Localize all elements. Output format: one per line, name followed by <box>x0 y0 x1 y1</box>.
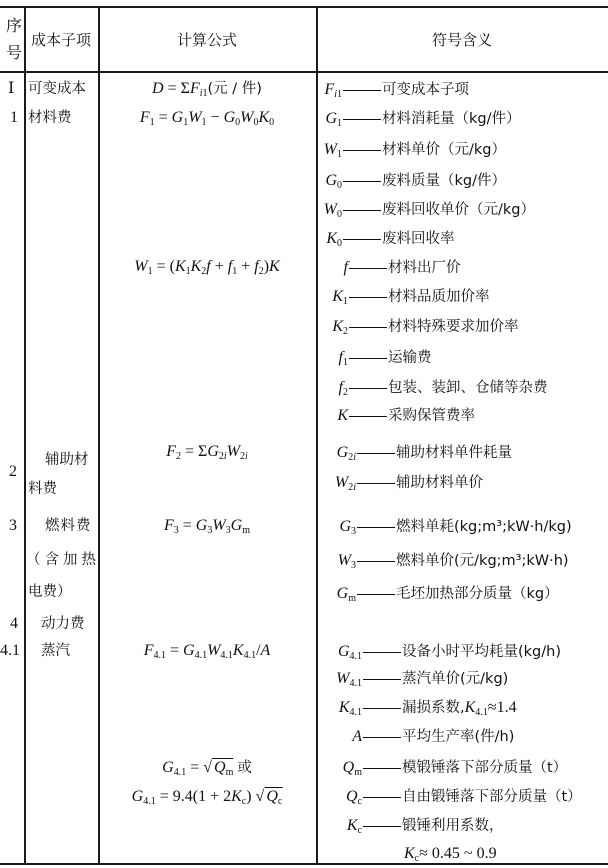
cost-item-fuel-1: 燃料费 <box>45 516 92 536</box>
table-top-rule <box>0 6 608 8</box>
symbol-K: K采购保管费率 <box>318 405 475 426</box>
column-divider-index <box>24 7 26 864</box>
symbol-K1: K1材料品质加价率 <box>318 286 490 307</box>
symbol-A: A平均生产率(件/h) <box>318 726 514 747</box>
symbol-Gm: Gm毛坯加热部分质量（kg） <box>318 583 559 604</box>
header-index-char-2: 号 <box>6 43 22 63</box>
symbol-G2i: G2i辅助材料单件耗量 <box>318 442 512 463</box>
symbol-K2: K2材料特殊要求加价率 <box>318 316 519 337</box>
row-index-2: 2 <box>9 462 17 482</box>
row-index-4: 4 <box>10 614 18 634</box>
header-cost-item: 成本子项 <box>31 30 91 50</box>
symbol-Qc: Qc自由锻锤落下部分质量（t） <box>318 786 582 807</box>
symbol-G3: G3燃料单耗(kg;m³;kW·h/kg) <box>318 516 572 537</box>
formula-G41-sqrt: G4.1 = √Qm 或 <box>162 758 252 778</box>
row-index-4-1: 4.1 <box>0 641 20 661</box>
em-dash <box>343 90 381 91</box>
formula-G41-free-forging: G4.1 = 9.4(1 + 2Kc) √Qc <box>132 787 283 807</box>
formula-F1: F1 = G1W1 − G0W0K0 <box>140 108 274 128</box>
header-bottom-rule <box>0 71 608 73</box>
symbol-f: f材料出厂价 <box>318 257 461 278</box>
cost-item-fuel-3: 电费） <box>28 582 72 602</box>
formula-W1: W1 = (K1K2f + f1 + f2)K <box>134 257 279 277</box>
symbol-G1: G1材料消耗量（kg/件） <box>318 108 521 129</box>
symbol-W0: W0废料回收单价（元/kg） <box>318 199 535 220</box>
symbol-K41: K4.1漏损系数,K4.1≈1.4 <box>318 697 517 718</box>
symbol-W2i: W2i辅助材料单价 <box>318 472 483 493</box>
cost-item-power: 动力费 <box>41 614 85 634</box>
column-divider-item <box>98 7 100 864</box>
symbol-K0: K0废料回收率 <box>318 228 455 249</box>
header-symbol-meaning: 符号含义 <box>432 30 492 50</box>
symbol-G41: G4.1设备小时平均耗量(kg/h) <box>318 641 561 662</box>
symbol-f2: f2包装、装卸、仓储等杂费 <box>318 377 548 398</box>
cost-item-steam: 蒸汽 <box>41 641 70 661</box>
header-formula: 计算公式 <box>177 30 237 50</box>
cost-item-aux-2: 料费 <box>28 479 57 499</box>
row-index-roman-1: Ⅰ <box>8 79 14 99</box>
symbol-Kc: Kc锻锤利用系数， <box>318 815 504 836</box>
symbol-W1: W1材料单价（元/kg） <box>318 139 506 160</box>
symbol-f1: f1运输费 <box>318 347 432 368</box>
formula-D: D = ΣFi1(元 / 件) <box>152 79 262 99</box>
row-index-1: 1 <box>10 108 18 128</box>
cost-item-fuel-2: （含加热 <box>26 550 100 570</box>
row-index-3: 3 <box>9 516 17 536</box>
cost-item-material: 材料费 <box>28 108 72 128</box>
table-bottom-rule <box>0 863 608 865</box>
symbol-G0: G0废料质量（kg/件） <box>318 170 506 191</box>
symbol-W3: W3燃料单价(元/kg;m³;kW·h) <box>318 550 569 571</box>
formula-F3: F3 = G3W3Gm <box>164 516 250 536</box>
formula-F2: F2 = ΣG2iW2i <box>166 442 248 462</box>
formula-F41: F4.1 = G4.1W4.1K4.1/A <box>144 641 271 661</box>
cost-item-variable-cost: 可变成本 <box>28 79 86 99</box>
symbol-Qm: Qm模锻锤落下部分质量（t） <box>318 757 567 778</box>
symbol-Fi1: Fi1可变成本子项 <box>318 79 469 100</box>
cost-item-aux-1: 辅助材 <box>45 450 89 470</box>
symbol-W41: W4.1蒸汽单价(元/kg) <box>318 668 508 689</box>
kc-range: Kc≈ 0.45 ~ 0.9 <box>404 844 497 864</box>
header-index-char-1: 序 <box>6 16 22 36</box>
